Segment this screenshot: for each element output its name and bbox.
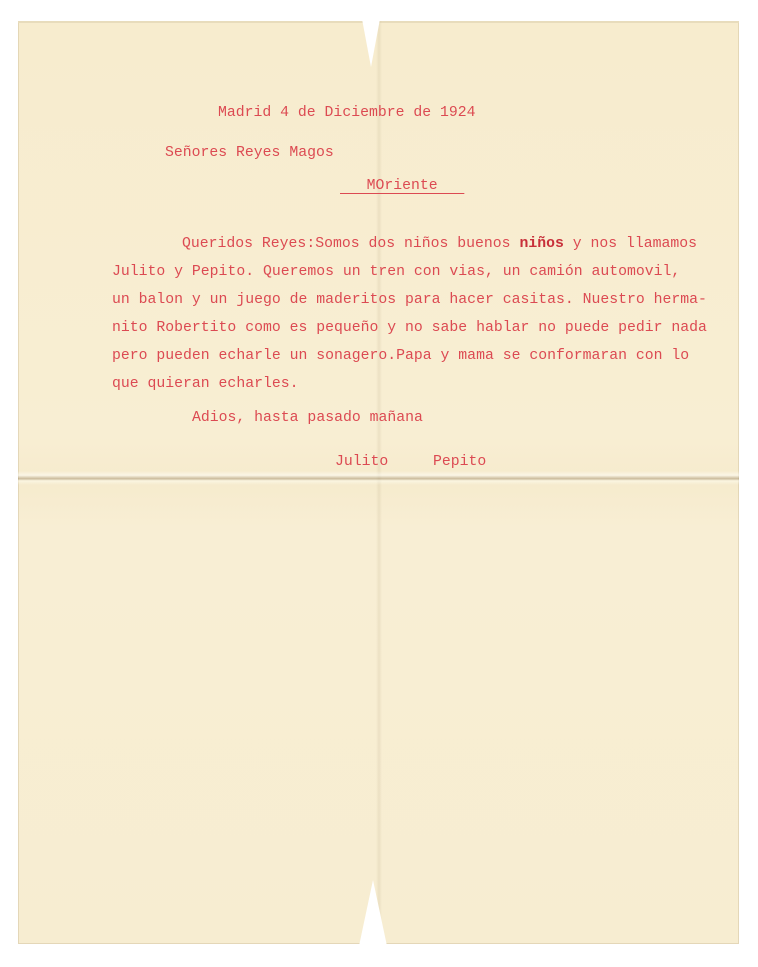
address-line: MOriente: [340, 178, 464, 194]
body-line-3: un balon y un juego de maderitos para ha…: [112, 292, 707, 308]
addressee: Señores Reyes Magos: [165, 145, 334, 161]
body-line-1: Queridos Reyes:Somos dos niños buenos ni…: [182, 236, 697, 252]
paper-tear-top: [362, 19, 380, 67]
body-line-1-post: y nos llamamos: [564, 236, 697, 252]
signature-pepito: Pepito: [433, 454, 486, 470]
closing: Adios, hasta pasado mañana: [192, 410, 423, 426]
body-line-2: Julito y Pepito. Queremos un tren con vi…: [112, 264, 680, 280]
struck-out-word: niños: [519, 236, 563, 252]
paper-tear-bottom: [359, 880, 387, 946]
body-line-4: nito Robertito como es pequeño y no sabe…: [112, 320, 707, 336]
body-line-6: que quieran echarles.: [112, 376, 298, 392]
body-line-1-pre: Queridos Reyes:Somos dos niños buenos: [182, 236, 519, 252]
signature-julito: Julito: [335, 454, 388, 470]
dateline: Madrid 4 de Diciembre de 1924: [218, 105, 476, 121]
horizontal-fold-crease: [18, 471, 739, 485]
body-line-5: pero pueden echarle un sonagero.Papa y m…: [112, 348, 689, 364]
